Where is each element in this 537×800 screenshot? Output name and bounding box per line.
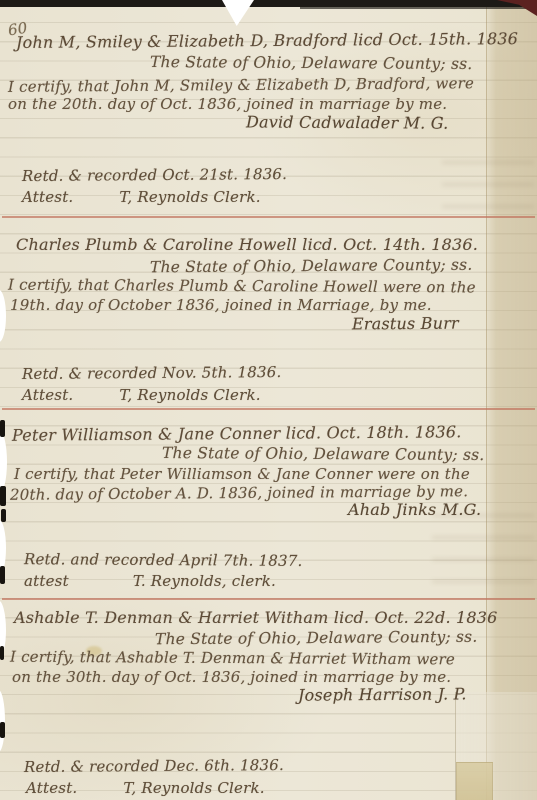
binding-mark	[0, 722, 5, 738]
record-note-line: Retd. & recorded Nov. 5th. 1836.	[22, 363, 282, 383]
page-edge-shadow	[486, 0, 537, 800]
entry-body-line: I certify, that Ashable T. Denman & Harr…	[10, 648, 455, 669]
entry-heading: Charles Plumb & Caroline Howell licd. Oc…	[16, 235, 478, 254]
attest-label: Attest.	[22, 188, 73, 206]
record-note-line: Retd. & recorded Oct. 21st. 1836.	[22, 165, 287, 185]
entry-signature: Erastus Burr	[352, 314, 459, 334]
record-attest-line: Attest.T, Reynolds Clerk.	[22, 386, 261, 404]
entry-signature: David Cadwalader M. G.	[246, 112, 449, 132]
entry-state-line: The State of Ohio, Delaware County; ss.	[162, 444, 485, 464]
separator-line	[2, 216, 535, 218]
clerk-signature: T, Reynolds Clerk.	[123, 779, 264, 797]
record-note-line: Retd. & recorded Dec. 6th. 1836.	[24, 756, 284, 776]
attest-label: Attest.	[26, 779, 77, 797]
record-note-line: Retd. and recorded April 7th. 1837.	[24, 550, 303, 570]
attest-label: attest	[24, 572, 69, 590]
attest-label: Attest.	[22, 386, 73, 404]
record-attest-line: attestT. Reynolds, clerk.	[24, 572, 276, 590]
binding-mark	[0, 646, 4, 660]
separator-line	[2, 598, 535, 600]
entry-signature: Joseph Harrison J. P.	[298, 684, 467, 704]
entry-body-line: I certify, that John M, Smiley & Elizabe…	[8, 74, 474, 96]
book-top-edge-shade	[300, 6, 537, 9]
entry-state-line: The State of Ohio, Delaware County; ss.	[150, 256, 473, 277]
clerk-signature: T, Reynolds Clerk.	[119, 188, 260, 206]
separator-line	[2, 408, 535, 410]
entry-heading: John M, Smiley & Elizabeth D, Bradford l…	[16, 29, 518, 52]
entry-body-line: 19th. day of October 1836, joined in Mar…	[10, 296, 432, 314]
binding-mark	[0, 566, 5, 584]
entry-body-line: on the 30th. day of Oct. 1836, joined in…	[12, 668, 451, 686]
binding-mark	[0, 486, 6, 506]
clerk-signature: T. Reynolds, clerk.	[133, 572, 276, 590]
entry-body-line: I certify, that Peter Williamson & Jane …	[14, 465, 470, 483]
record-attest-line: Attest.T, Reynolds Clerk.	[26, 779, 265, 797]
entry-body-line: on the 20th. day of Oct. 1836, joined in…	[8, 95, 447, 113]
record-attest-line: Attest.T, Reynolds Clerk.	[22, 188, 261, 206]
tape-patch	[456, 762, 493, 800]
entry-signature: Ahab Jinks M.G.	[348, 500, 481, 519]
binding-mark	[1, 509, 6, 522]
entry-heading: Ashable T. Denman & Harriet Witham licd.…	[14, 608, 498, 627]
entry-state-line: The State of Ohio, Delaware County; ss.	[155, 628, 478, 649]
entry-heading: Peter Williamson & Jane Conner licd. Oct…	[12, 422, 462, 445]
clerk-signature: T, Reynolds Clerk.	[119, 386, 260, 404]
ledger-page-scan: 60 John M, Smiley & Elizabeth D, Bradfor…	[0, 0, 537, 800]
entry-state-line: The State of Ohio, Delaware County; ss.	[150, 53, 473, 73]
binding-mark	[0, 420, 5, 437]
entry-body-line: I certify, that Charles Plumb & Caroline…	[8, 276, 476, 297]
